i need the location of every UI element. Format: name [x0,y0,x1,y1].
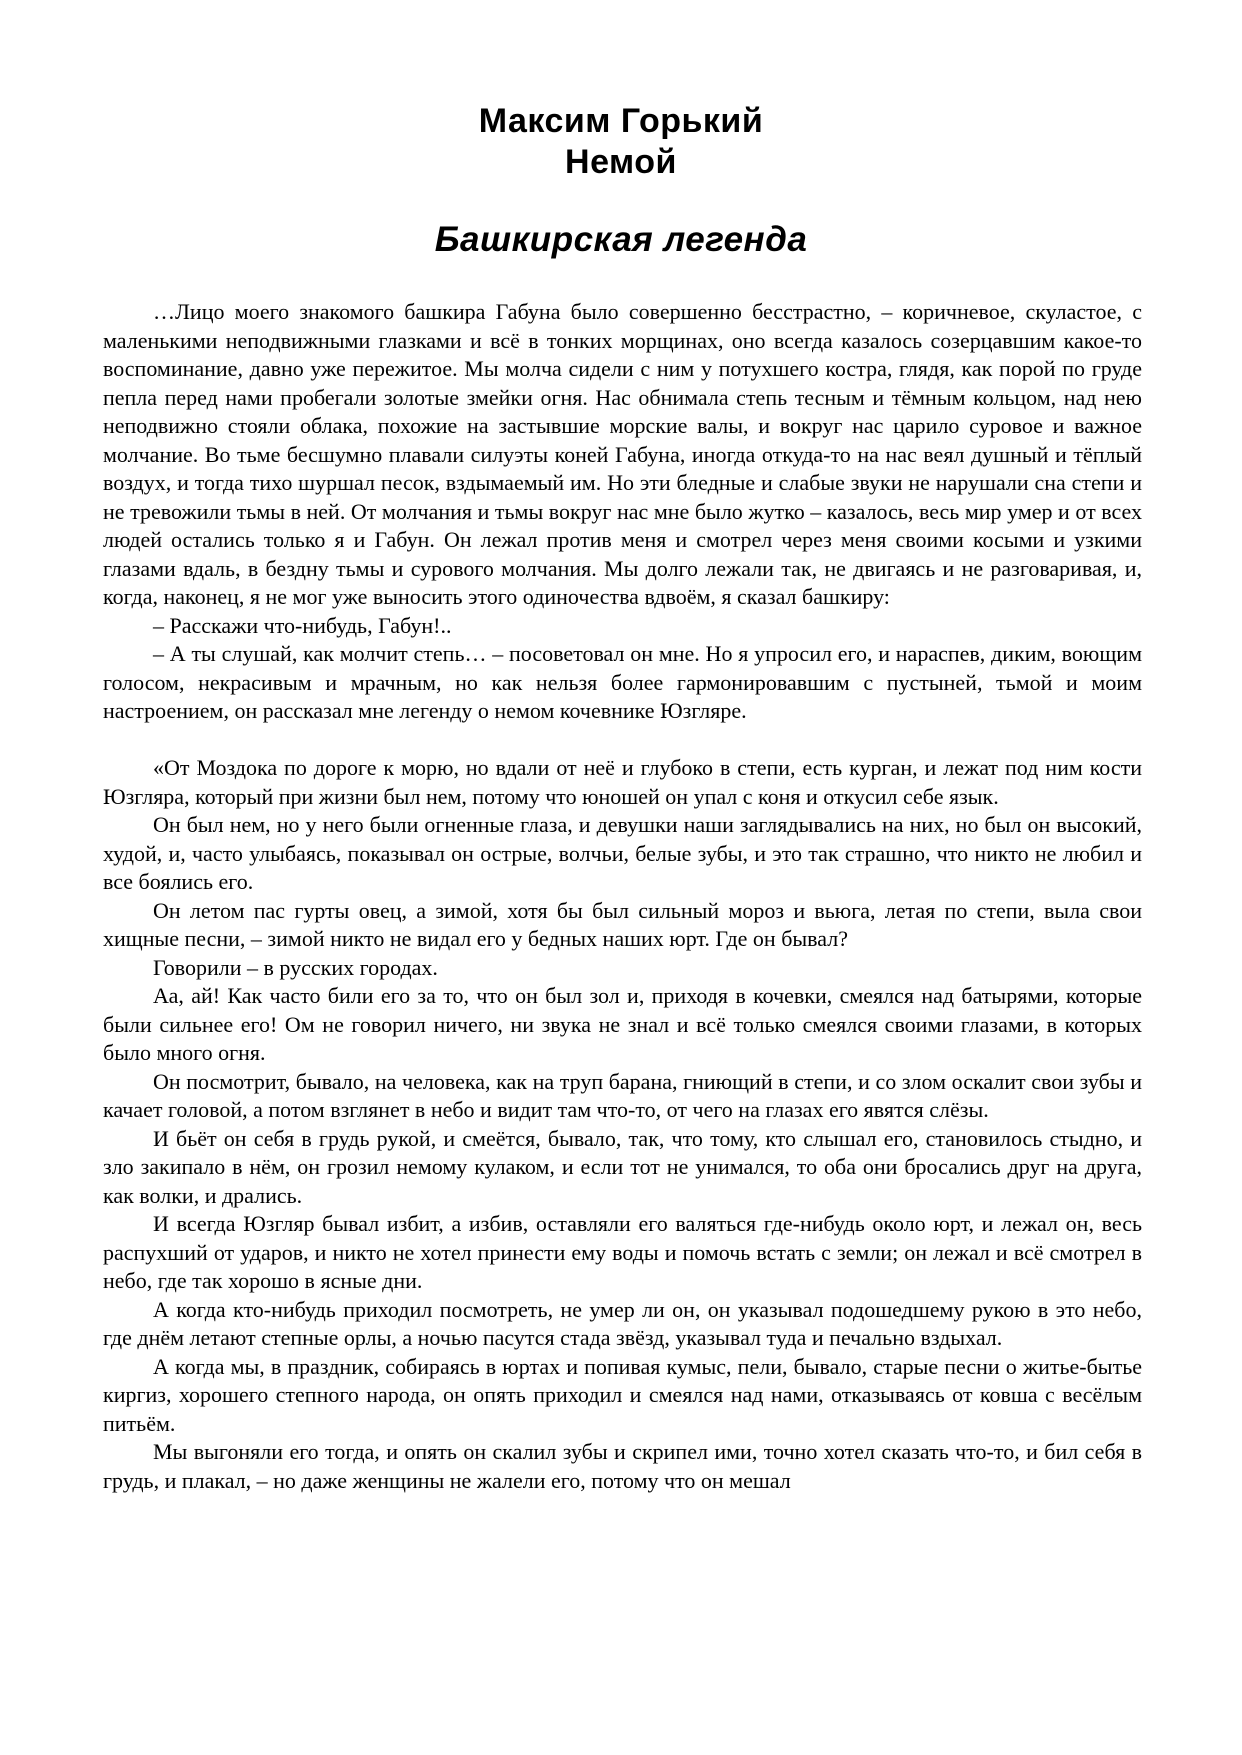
paragraph: Говорили – в русских городах. [103,954,1142,983]
paragraph: – Расскажи что-нибудь, Габун!.. [103,612,1142,641]
legend-section: «От Моздока по дороге к морю, но вдали о… [103,754,1142,1495]
paragraph: А когда мы, в праздник, собираясь в юрта… [103,1353,1142,1439]
paragraph: И бьёт он себя в грудь рукой, и смеётся,… [103,1125,1142,1211]
body-text: …Лицо моего знакомого башкира Габуна был… [103,298,1142,1495]
story-title: Немой [0,142,1242,183]
document-page: Максим Горький Немой Башкирская легенда … [0,0,1242,1755]
paragraph: – А ты слушай, как молчит степь… – посов… [103,640,1142,726]
author-name: Максим Горький [0,101,1242,142]
document-header: Максим Горький Немой [0,0,1242,183]
story-subtitle: Башкирская легенда [0,220,1242,260]
frame-narrative-section: …Лицо моего знакомого башкира Габуна был… [103,298,1142,726]
paragraph: Мы выгоняли его тогда, и опять он скалил… [103,1438,1142,1495]
paragraph: И всегда Юзгляр бывал избит, а избив, ос… [103,1210,1142,1296]
paragraph: А когда кто-нибудь приходил посмотреть, … [103,1296,1142,1353]
paragraph: …Лицо моего знакомого башкира Габуна был… [103,298,1142,612]
paragraph: Он был нем, но у него были огненные глаз… [103,811,1142,897]
paragraph: Он летом пас гурты овец, а зимой, хотя б… [103,897,1142,954]
paragraph: «От Моздока по дороге к морю, но вдали о… [103,754,1142,811]
paragraph: Аа, ай! Как часто били его за то, что он… [103,982,1142,1068]
paragraph: Он посмотрит, бывало, на человека, как н… [103,1068,1142,1125]
